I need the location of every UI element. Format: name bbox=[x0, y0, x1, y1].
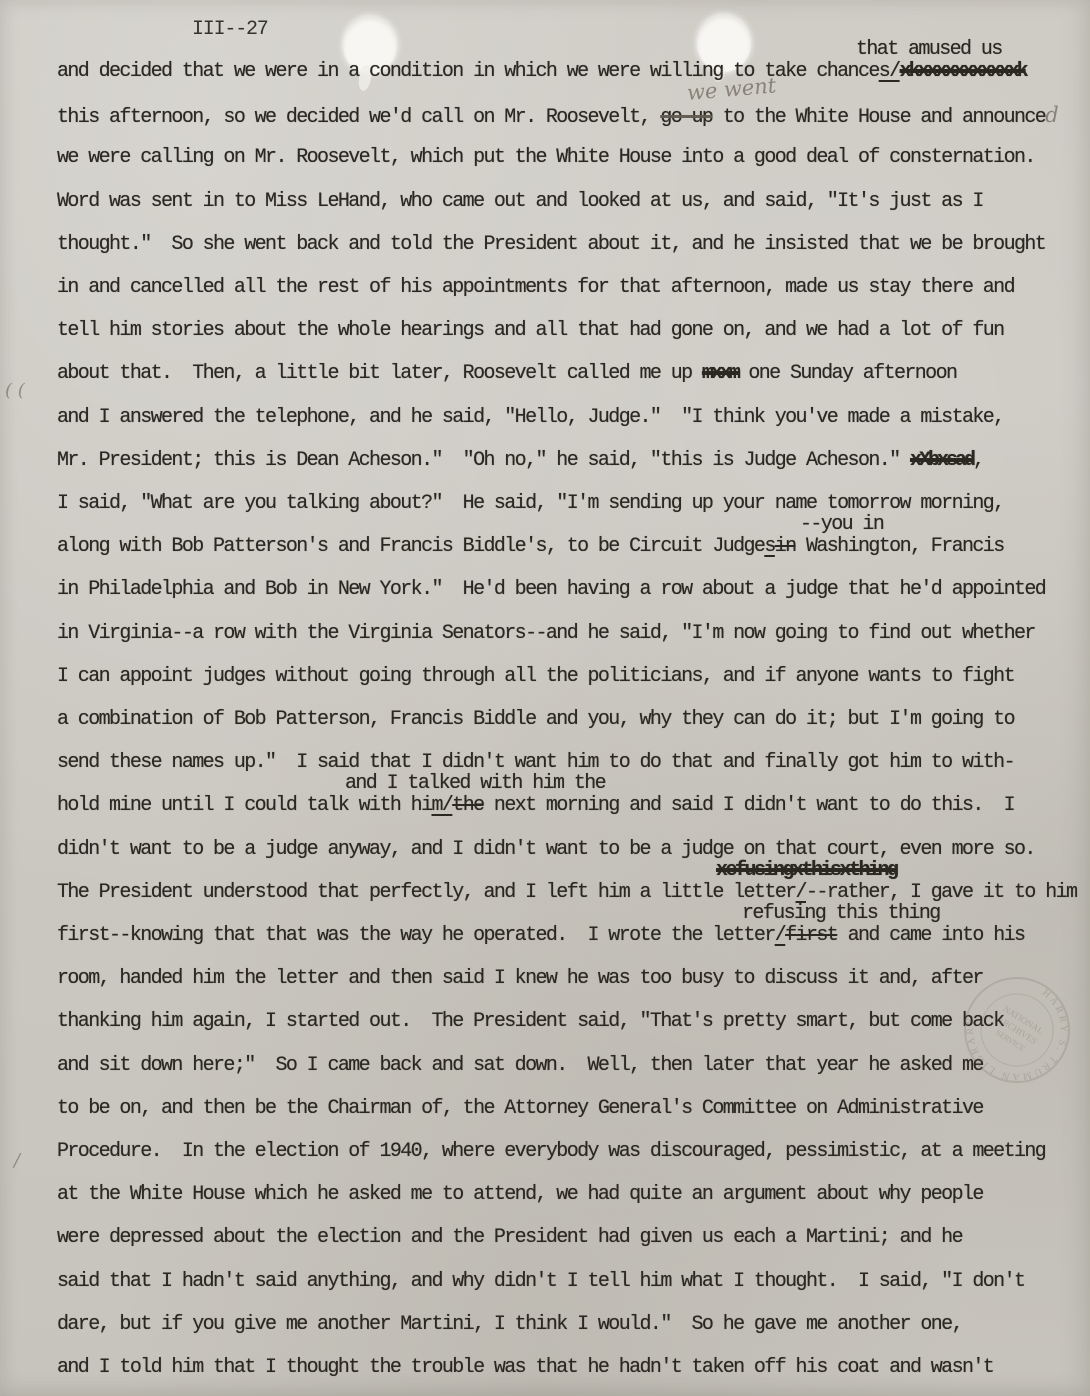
typed-segment: first bbox=[785, 924, 837, 947]
typed-segment: next morning and said I didn't want to d… bbox=[484, 794, 1015, 817]
typed-insertion: --you in bbox=[800, 513, 883, 536]
margin-pencil-mark: ( ( bbox=[5, 380, 25, 401]
typed-segment: we were calling on Mr. Roosevelt, which … bbox=[57, 146, 1035, 169]
typed-segment: in and cancelled all the rest of his app… bbox=[57, 276, 1014, 299]
typed-segment: go up bbox=[660, 106, 712, 129]
typed-segment: xXbxsad bbox=[910, 449, 973, 472]
typed-segment: a combination of Bob Patterson, Francis … bbox=[57, 708, 1014, 731]
typed-segment: first--knowing that that was the way he … bbox=[57, 924, 775, 947]
typed-segment: and I answered the telephone, and he sai… bbox=[57, 406, 1004, 429]
typed-insertion: that amused us bbox=[856, 38, 1002, 61]
typed-line: dare, but if you give me another Martini… bbox=[57, 1313, 962, 1336]
typed-line: and sit down here;" So I came back and s… bbox=[57, 1054, 983, 1077]
typed-segment: at the White House which he asked me to … bbox=[57, 1183, 983, 1206]
typed-segment: to be on, and then be the Chairman of, t… bbox=[57, 1097, 983, 1120]
typed-segment: m/ bbox=[431, 794, 452, 817]
typed-line: I said, "What are you talking about?" He… bbox=[57, 492, 1004, 515]
typed-line: in Philadelphia and Bob in New York." He… bbox=[57, 578, 1045, 601]
typed-segment: --rather, I gave it to him bbox=[806, 881, 1076, 904]
typed-line: a combination of Bob Patterson, Francis … bbox=[57, 708, 1014, 731]
typed-segment: s/ bbox=[879, 60, 900, 83]
typed-line: Procedure. In the election of 1940, wher… bbox=[57, 1140, 1045, 1163]
typed-segment: xkxxxxxxxxxxxk bbox=[900, 60, 1026, 83]
typed-segment: Procedure. In the election of 1940, wher… bbox=[57, 1140, 1045, 1163]
typed-segment: room, handed him the letter and then sai… bbox=[57, 967, 983, 990]
typed-segment: Word was sent in to Miss LeHand, who cam… bbox=[57, 190, 983, 213]
typed-line: and decided that we were in a condition … bbox=[57, 60, 1026, 83]
typed-line: said that I hadn't said anything, and wh… bbox=[57, 1270, 1024, 1293]
handwritten-mark: d bbox=[1045, 103, 1058, 127]
typed-segment: , bbox=[973, 449, 983, 472]
typed-segment: mxxm bbox=[702, 362, 738, 385]
typed-segment: Washington, Francis bbox=[796, 535, 1004, 558]
typed-line: send these names up." I said that I didn… bbox=[57, 751, 1014, 774]
typed-line: tell him stories about the whole hearing… bbox=[57, 319, 1004, 342]
typed-segment: tell him stories about the whole hearing… bbox=[57, 319, 1004, 342]
page-number: III--27 bbox=[192, 18, 268, 41]
library-stamp: HARRY S. TRUMAN LIBRARY NATIONAL ARCHIVE… bbox=[942, 955, 1090, 1105]
typed-segment: Mr. President; this is Dean Acheson." "O… bbox=[57, 449, 910, 472]
typed-segment: one Sunday afternoon bbox=[738, 362, 956, 385]
typed-segment: in Philadelphia and Bob in New York." He… bbox=[57, 578, 1045, 601]
typed-segment: / bbox=[775, 924, 785, 947]
typed-insertion: and I talked with him the bbox=[345, 772, 605, 795]
typed-line: I can appoint judges without going throu… bbox=[57, 665, 1014, 688]
typed-insertion: refusing this thing bbox=[742, 902, 940, 925]
typed-line: at the White House which he asked me to … bbox=[57, 1183, 983, 1206]
typed-line: Word was sent in to Miss LeHand, who cam… bbox=[57, 190, 983, 213]
typed-segment: and I told him that I thought the troubl… bbox=[57, 1356, 993, 1379]
typed-segment: this afternoon, so we decided we'd call … bbox=[57, 106, 660, 129]
typed-segment: thought." So she went back and told the … bbox=[57, 233, 1045, 256]
typed-segment: hold mine until I could talk with hi bbox=[57, 794, 431, 817]
margin-pencil-mark: / bbox=[14, 1150, 20, 1171]
typed-segment: I said, "What are you talking about?" He… bbox=[57, 492, 1004, 515]
typed-segment: and sit down here;" So I came back and s… bbox=[57, 1054, 983, 1077]
typed-line: to be on, and then be the Chairman of, t… bbox=[57, 1097, 983, 1120]
typed-segment: dare, but if you give me another Martini… bbox=[57, 1313, 962, 1336]
typed-line: in Virginia--a row with the Virginia Sen… bbox=[57, 622, 1035, 645]
typed-insertion: xefusingxthisxthing bbox=[716, 859, 897, 882]
typed-line: this afternoon, so we decided we'd call … bbox=[57, 103, 1059, 129]
typed-line: about that. Then, a little bit later, Ro… bbox=[57, 362, 956, 385]
typed-segment: the bbox=[452, 794, 483, 817]
typed-line: didn't want to be a judge anyway, and I … bbox=[57, 838, 1035, 861]
typed-line: and I told him that I thought the troubl… bbox=[57, 1356, 993, 1379]
typed-segment: said that I hadn't said anything, and wh… bbox=[57, 1270, 1024, 1293]
typed-line: in and cancelled all the rest of his app… bbox=[57, 276, 1014, 299]
typed-segment: to the White House and announce bbox=[712, 106, 1045, 129]
typed-line: The President understood that perfectly,… bbox=[57, 881, 1076, 904]
typed-segment: and came into his bbox=[837, 924, 1024, 947]
typed-line: were depressed about the election and th… bbox=[57, 1226, 962, 1249]
typed-segment: were depressed about the election and th… bbox=[57, 1226, 962, 1249]
typed-segment: send these names up." I said that I didn… bbox=[57, 751, 1014, 774]
typed-segment: The President understood that perfectly,… bbox=[57, 881, 796, 904]
typed-line: along with Bob Patterson's and Francis B… bbox=[57, 535, 1004, 558]
typed-line: first--knowing that that was the way he … bbox=[57, 924, 1024, 947]
typed-line: thought." So she went back and told the … bbox=[57, 233, 1045, 256]
typed-line: and I answered the telephone, and he sai… bbox=[57, 406, 1004, 429]
typed-segment: along with Bob Patterson's and Francis B… bbox=[57, 535, 764, 558]
typed-segment: about that. Then, a little bit later, Ro… bbox=[57, 362, 702, 385]
typed-line: Mr. President; this is Dean Acheson." "O… bbox=[57, 449, 983, 472]
typed-segment: thanking him again, I started out. The P… bbox=[57, 1010, 1004, 1033]
typed-segment: I can appoint judges without going throu… bbox=[57, 665, 1014, 688]
typed-line: hold mine until I could talk with him/th… bbox=[57, 794, 1014, 817]
typed-line: room, handed him the letter and then sai… bbox=[57, 967, 983, 990]
typed-line: thanking him again, I started out. The P… bbox=[57, 1010, 1004, 1033]
typed-segment: s bbox=[764, 535, 774, 558]
typed-segment: / bbox=[796, 881, 806, 904]
typed-segment: didn't want to be a judge anyway, and I … bbox=[57, 838, 1035, 861]
typed-segment: in bbox=[775, 535, 796, 558]
typed-line: we were calling on Mr. Roosevelt, which … bbox=[57, 146, 1035, 169]
typed-segment: in Virginia--a row with the Virginia Sen… bbox=[57, 622, 1035, 645]
